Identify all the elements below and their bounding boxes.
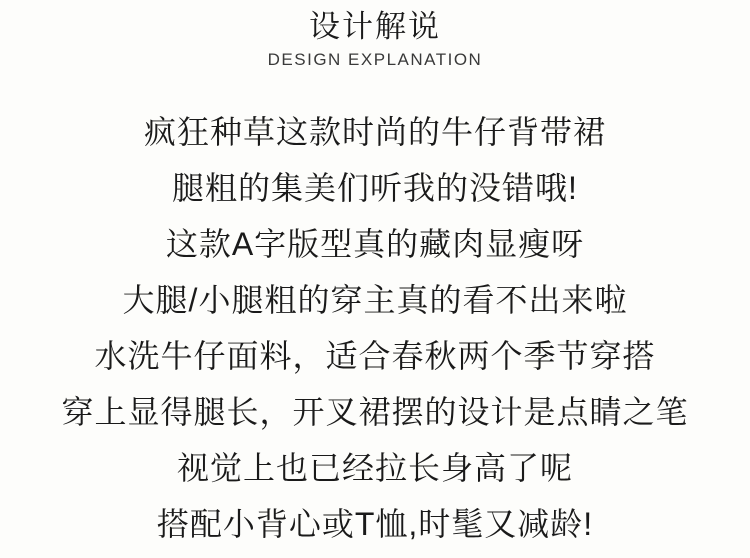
description-line: 水洗牛仔面料，适合春秋两个季节穿搭 [0,328,750,384]
description-line: 搭配小背心或T恤,时髦又减龄! [0,496,750,552]
description-line: 腿粗的集美们听我的没错哦! [0,160,750,216]
description-body: 疯狂种草这款时尚的牛仔背带裙 腿粗的集美们听我的没错哦! 这款A字版型真的藏肉显… [0,104,750,552]
page-subtitle: DESIGN EXPLANATION [0,49,750,71]
description-line: 疯狂种草这款时尚的牛仔背带裙 [0,104,750,160]
section-header: 设计解说 DESIGN EXPLANATION [0,0,750,71]
description-line: 穿上显得腿长，开叉裙摆的设计是点睛之笔 [0,384,750,440]
description-line: 这款A字版型真的藏肉显瘦呀 [0,216,750,272]
description-line: 视觉上也已经拉长身高了呢 [0,440,750,496]
design-explanation-panel: 设计解说 DESIGN EXPLANATION 疯狂种草这款时尚的牛仔背带裙 腿… [0,0,750,558]
description-line: 大腿/小腿粗的穿主真的看不出来啦 [0,272,750,328]
page-title: 设计解说 [0,8,750,45]
